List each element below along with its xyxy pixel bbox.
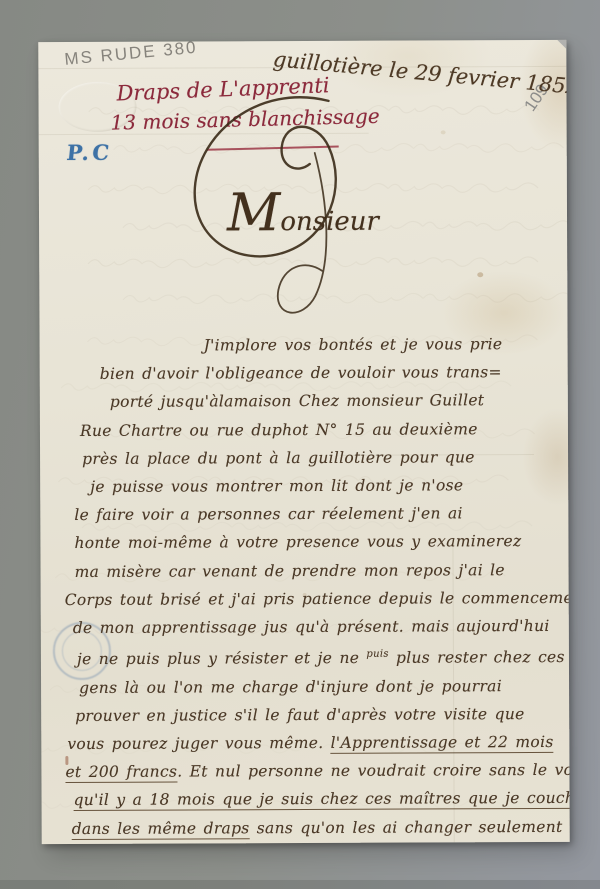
letter-line: honte moi-même à votre presence vous y e…: [64, 527, 562, 557]
letter-line: bien d'avoir l'obligeance de vouloir vou…: [64, 358, 562, 388]
underlined-text: qu'il y a 18 mois que je suis chez ces m…: [74, 789, 570, 811]
underlined-text: et 200 francs: [65, 763, 177, 783]
text-segment: gens là ou l'on me charge d'injure dont …: [79, 677, 502, 697]
letter-line: je ne puis plus y résister et je ne puis…: [65, 640, 563, 674]
text-segment: je ne puis plus y résister et je ne: [77, 649, 367, 668]
letter-line: porté jusqu'àlamaison Chez monsieur Guil…: [64, 386, 562, 416]
underlined-text: l'Apprentissage et 22 mois: [331, 733, 554, 754]
underlined-text: dans les même draps: [72, 819, 250, 840]
letter-line: Rue Chartre ou rue duphot N° 15 au deuxi…: [64, 414, 562, 444]
text-segment: Corps tout brisé et j'ai pris patience d…: [65, 589, 570, 609]
letter-line: dans les même draps sans qu'on les ai ch…: [66, 812, 564, 842]
text-segment: de mon apprentissage jus qu'à présent. m…: [73, 617, 550, 637]
letter-line: le faire voir a personnes car réelement …: [64, 499, 562, 529]
text-segment: J'implore vos bontés et je vous prie: [204, 335, 503, 354]
letter-line: près la place du pont à la guillotière p…: [64, 443, 562, 473]
text-segment: . Et nul personne ne voudrait croire san…: [177, 761, 570, 781]
letter-line: ma misère car venant de prendre mon repo…: [65, 555, 563, 585]
text-segment: Rue Chartre ou rue duphot N° 15 au deuxi…: [80, 420, 478, 440]
salutation: Monsieur: [227, 193, 379, 238]
interlinear-insertion: puis: [366, 649, 388, 660]
letter-page: MS RUDE 380 109 P.C guillotière le 29 fe…: [38, 40, 569, 844]
letter-line: gens là ou l'on me charge d'injure dont …: [65, 671, 563, 701]
letter-line: qu'il y a 18 mois que je suis chez ces m…: [66, 784, 564, 814]
letter-line: et 200 francs. Et nul personne ne voudra…: [65, 756, 563, 786]
collection-stamp: P.C: [65, 140, 113, 165]
letter-line: de mon apprentissage jus qu'à présent. m…: [65, 612, 563, 642]
text-segment: sans qu'on les ai changer seulement: [250, 817, 563, 836]
text-segment: plus rester chez ces: [389, 648, 565, 667]
text-segment: près la place du pont à la guillotière p…: [82, 448, 475, 468]
text-segment: prouver en justice s'il le faut d'après …: [75, 705, 524, 725]
letter-line: J'implore vos bontés et je vous prie: [64, 330, 562, 360]
text-segment: vous pourez juger vous même.: [67, 734, 330, 753]
text-segment: bien d'avoir l'obligeance de vouloir vou…: [100, 363, 502, 383]
text-segment: porté jusqu'àlamaison Chez monsieur Guil…: [110, 392, 485, 412]
text-segment: je puisse vous montrer mon lit dont je n…: [90, 476, 463, 496]
dog-ear-corner: [557, 40, 566, 49]
scan-backdrop: MS RUDE 380 109 P.C guillotière le 29 fe…: [0, 0, 600, 889]
text-segment: le faire voir a personnes car réelement …: [74, 505, 463, 525]
letter-line: prouver en justice s'il le faut d'après …: [65, 700, 563, 730]
letter-line: Corps tout brisé et j'ai pris patience d…: [65, 584, 563, 614]
letter-line: vous pourez juger vous même. l'Apprentis…: [65, 728, 563, 758]
text-segment: honte moi-même à votre presence vous y e…: [74, 532, 521, 552]
letter-body: J'implore vos bontés et je vous priebien…: [64, 330, 564, 843]
letter-line: je puisse vous montrer mon lit dont je n…: [64, 471, 562, 501]
text-segment: ma misère car venant de prendre mon repo…: [75, 561, 505, 581]
